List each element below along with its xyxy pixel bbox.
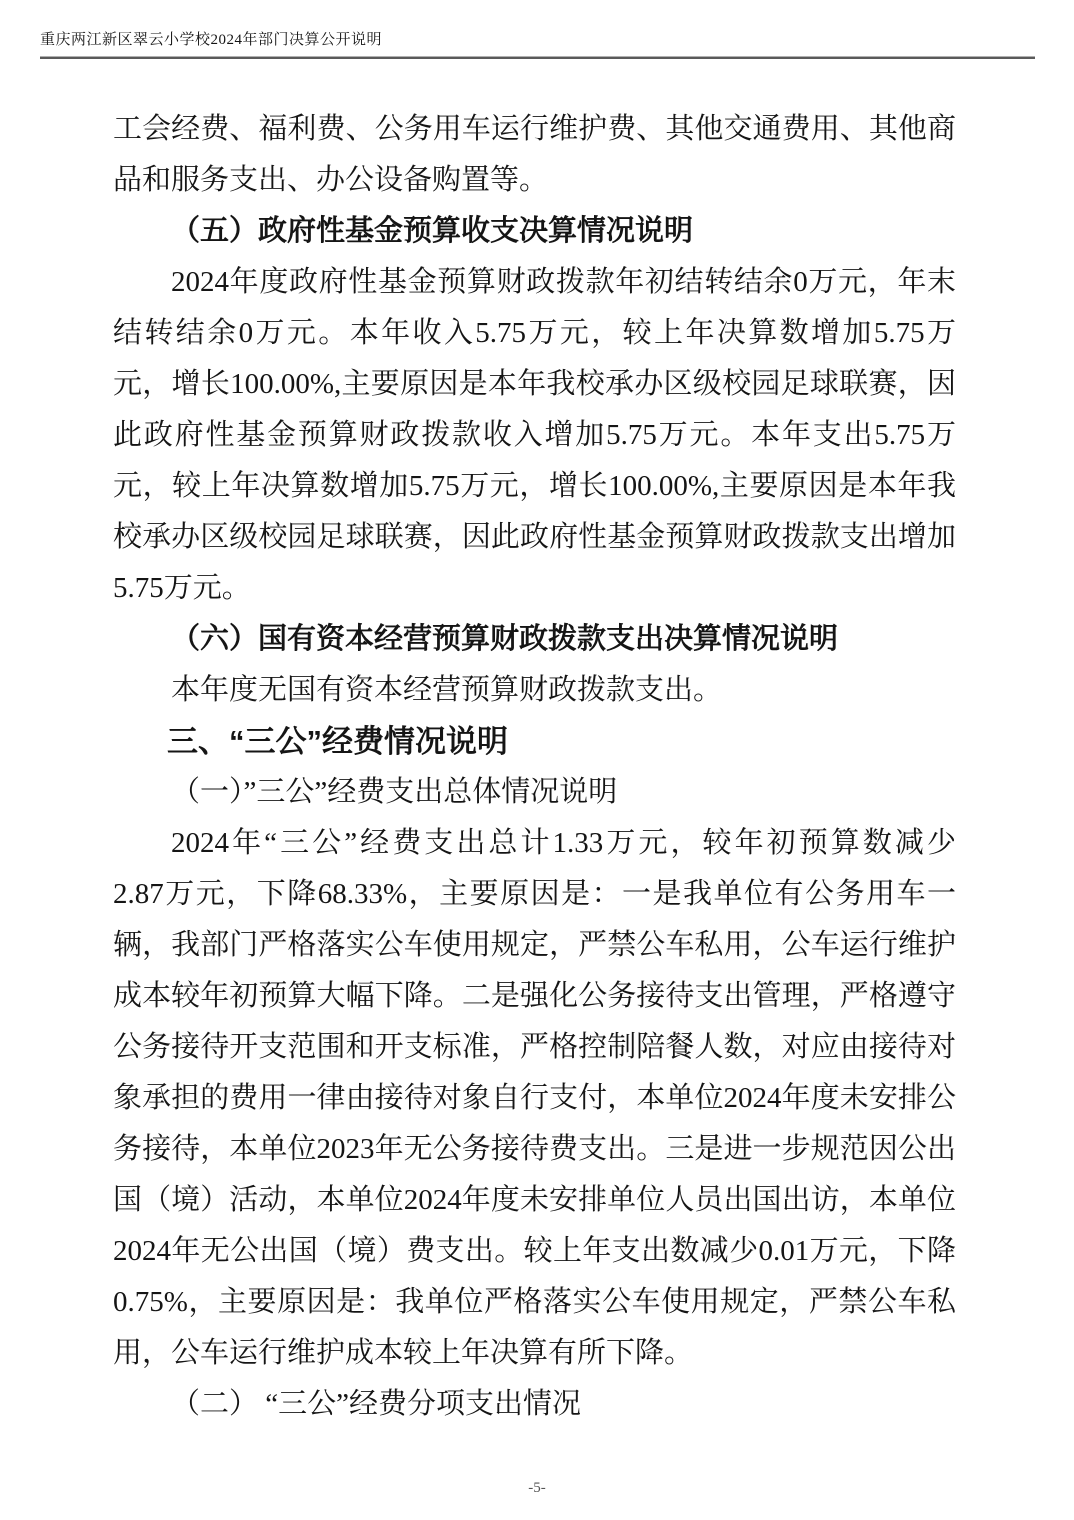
- para-three-public-overall: 2024年“三公”经费支出总计1.33万元，较年初预算数减少2.87万元，下降6…: [113, 818, 956, 1379]
- text-line: 品和服务支出、办公设备购置等。: [113, 155, 956, 206]
- text-line: 5.75万元。: [113, 563, 956, 614]
- page-footer: -5-: [0, 1480, 1074, 1497]
- text-line: 用，公车运行维护成本较上年决算有所下降。: [113, 1328, 956, 1379]
- header-rule: [40, 56, 1035, 59]
- text-line: 三、“三公”经费情况说明: [113, 716, 956, 767]
- document-body: 工会经费、福利费、公务用车运行维护费、其他交通费用、其他商品和服务支出、办公设备…: [113, 104, 956, 1430]
- text-line: （五）政府性基金预算收支决算情况说明: [113, 206, 956, 257]
- text-line: 结转结余0万元。本年收入5.75万元，较上年决算数增加5.75万: [113, 308, 956, 359]
- text-line: 2024年无公出国（境）费支出。较上年支出数减少0.01万元，下降: [113, 1226, 956, 1277]
- heading-section-5-government-fund: （五）政府性基金预算收支决算情况说明: [113, 206, 956, 257]
- text-line: （二） “三公”经费分项支出情况: [113, 1379, 956, 1430]
- text-line: 工会经费、福利费、公务用车运行维护费、其他交通费用、其他商: [113, 104, 956, 155]
- para-other-expenses-continued: 工会经费、福利费、公务用车运行维护费、其他交通费用、其他商品和服务支出、办公设备…: [113, 104, 956, 206]
- text-line: 辆，我部门严格落实公车使用规定，严禁公车私用，公车运行维护: [113, 920, 956, 971]
- page-number: -5-: [528, 1480, 546, 1496]
- text-line: 务接待，本单位2023年无公务接待费支出。三是进一步规范因公出: [113, 1124, 956, 1175]
- para-government-fund-detail: 2024年度政府性基金预算财政拨款年初结转结余0万元，年末结转结余0万元。本年收…: [113, 257, 956, 614]
- heading-section-6-state-capital: （六）国有资本经营预算财政拨款支出决算情况说明: [113, 614, 956, 665]
- text-line: （一）”三公”经费支出总体情况说明: [113, 767, 956, 818]
- document-page: 重庆两江新区翠云小学校2024年部门决算公开说明 工会经费、福利费、公务用车运行…: [0, 0, 1074, 1520]
- text-line: 2024年度政府性基金预算财政拨款年初结转结余0万元，年末: [113, 257, 956, 308]
- para-state-capital-detail: 本年度无国有资本经营预算财政拨款支出。: [113, 665, 956, 716]
- heading-sub-2-itemized: （二） “三公”经费分项支出情况: [113, 1379, 956, 1430]
- text-line: 象承担的费用一律由接待对象自行支付，本单位2024年度未安排公: [113, 1073, 956, 1124]
- text-line: 元，较上年决算数增加5.75万元，增长100.00%,主要原因是本年我: [113, 461, 956, 512]
- text-line: 此政府性基金预算财政拨款收入增加5.75万元。本年支出5.75万: [113, 410, 956, 461]
- heading-sub-1-overall: （一）”三公”经费支出总体情况说明: [113, 767, 956, 818]
- header-title: 重庆两江新区翠云小学校2024年部门决算公开说明: [40, 30, 1035, 56]
- text-line: 公务接待开支范围和开支标准，严格控制陪餐人数，对应由接待对: [113, 1022, 956, 1073]
- page-header: 重庆两江新区翠云小学校2024年部门决算公开说明: [40, 30, 1035, 59]
- text-line: 成本较年初预算大幅下降。二是强化公务接待支出管理，严格遵守: [113, 971, 956, 1022]
- text-line: 0.75%，主要原因是：我单位严格落实公车使用规定，严禁公车私: [113, 1277, 956, 1328]
- text-line: 2.87万元，下降68.33%，主要原因是：一是我单位有公务用车一: [113, 869, 956, 920]
- text-line: 国（境）活动，本单位2024年度未安排单位人员出国出访，本单位: [113, 1175, 956, 1226]
- text-line: 元，增长100.00%,主要原因是本年我校承办区级校园足球联赛，因: [113, 359, 956, 410]
- text-line: 校承办区级校园足球联赛，因此政府性基金预算财政拨款支出增加: [113, 512, 956, 563]
- text-line: （六）国有资本经营预算财政拨款支出决算情况说明: [113, 614, 956, 665]
- heading-three-public-funds: 三、“三公”经费情况说明: [113, 716, 956, 767]
- text-line: 本年度无国有资本经营预算财政拨款支出。: [113, 665, 956, 716]
- text-line: 2024年“三公”经费支出总计1.33万元，较年初预算数减少: [113, 818, 956, 869]
